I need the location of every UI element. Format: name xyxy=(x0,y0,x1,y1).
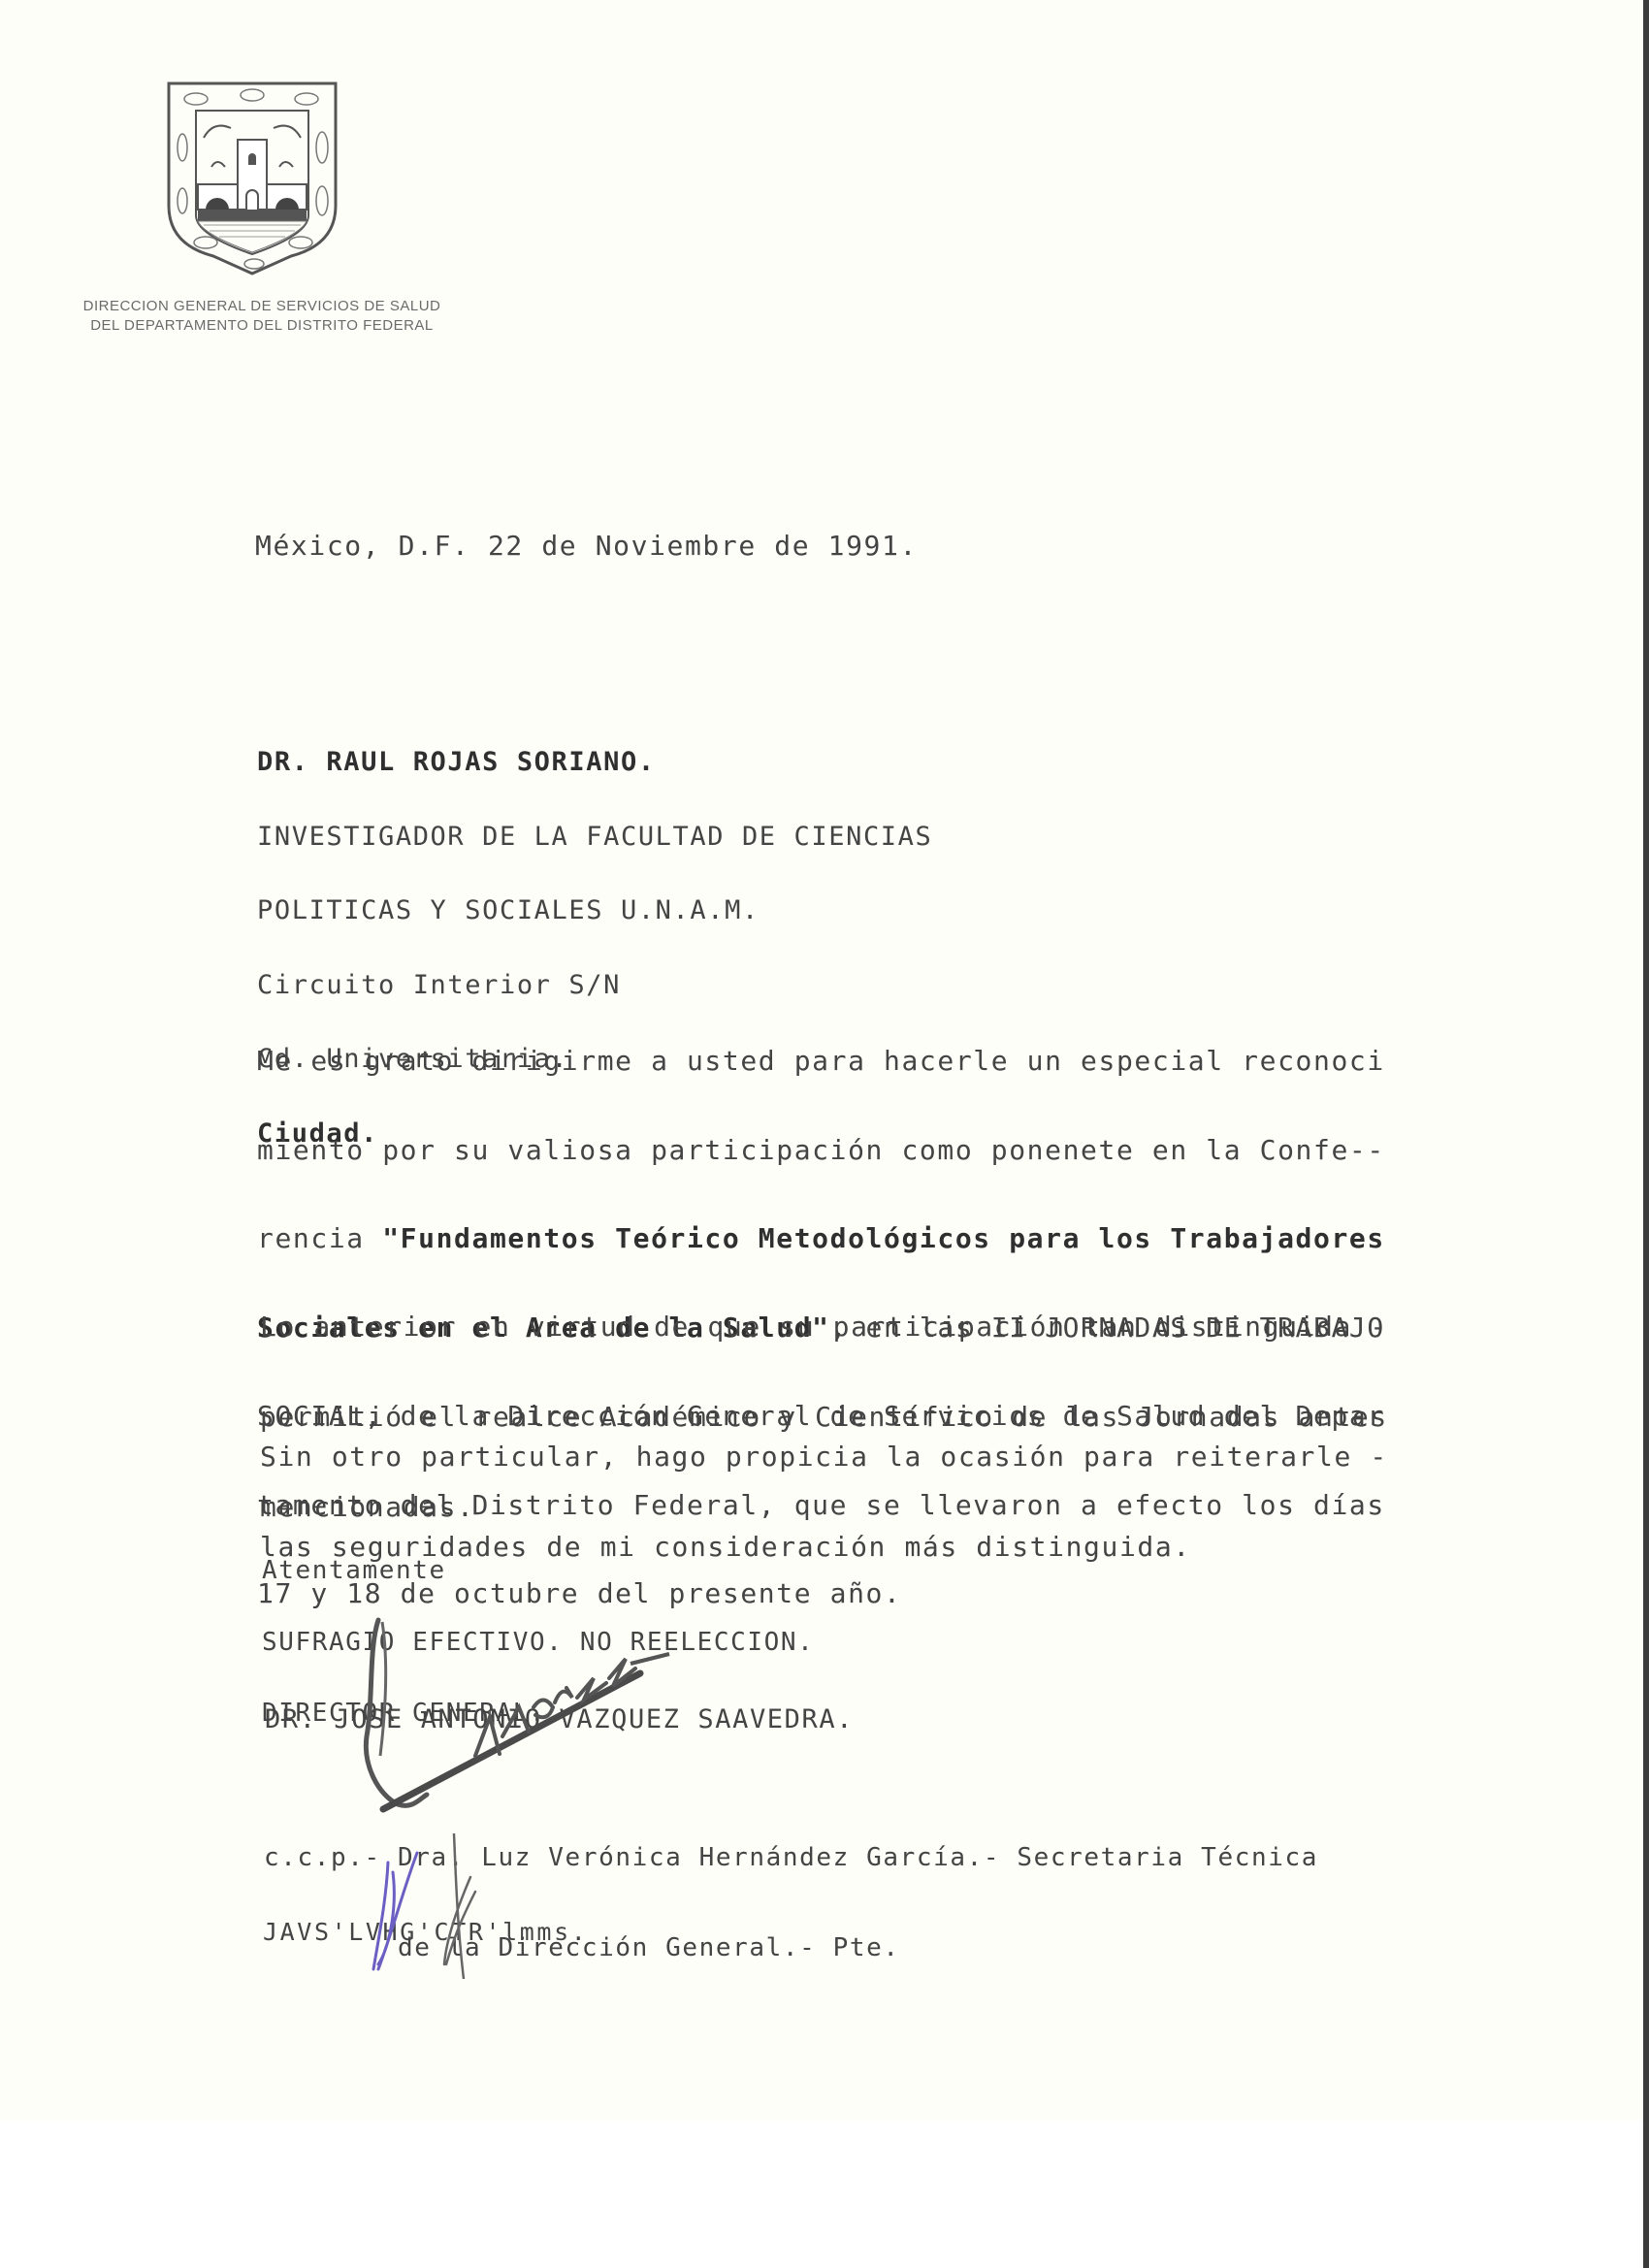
reference-initials: JAVS'LVHG'CTR'lmms. xyxy=(263,1917,588,1948)
recipient-name: DR. RAUL ROJAS SORIANO. xyxy=(257,750,932,775)
letterhead-organization: DIRECCION GENERAL DE SERVICIOS DE SALUD … xyxy=(58,297,466,336)
cc-line: c.c.p.- Dra. Luz Verónica Hernández Garc… xyxy=(264,1843,1318,1873)
carbon-copy: c.c.p.- Dra. Luz Verónica Hernández Garc… xyxy=(264,1783,1318,1993)
body-line: Sin otro particular, hago propicia la oc… xyxy=(260,1442,1388,1472)
motto: SUFRAGIO EFECTIVO. NO REELECCION. xyxy=(262,1631,814,1655)
body-line: rencia "Fundamentos Teórico Metodológico… xyxy=(257,1224,1385,1254)
recipient-line: INVESTIGADOR DE LA FACULTAD DE CIENCIAS xyxy=(257,825,932,850)
salutation: Atentamente xyxy=(262,1559,814,1583)
body-line: miento por su valiosa participación como… xyxy=(257,1136,1385,1166)
scan-bottom-margin xyxy=(0,2120,1643,2268)
org-line-1: DIRECCION GENERAL DE SERVICIOS DE SALUD xyxy=(58,297,466,316)
date-line: México, D.F. 22 de Noviembre de 1991. xyxy=(255,531,918,562)
signer-name: DR. JOSE ANTONIO VAZQUEZ SAAVEDRA. xyxy=(265,1704,854,1735)
body-line: Lo anterior en virtud de que su particip… xyxy=(260,1312,1388,1342)
org-line-2: DEL DEPARTAMENTO DEL DISTRITO FEDERAL xyxy=(58,316,466,336)
conference-title: "Fundamentos Teórico Metodológicos para … xyxy=(382,1222,1385,1254)
scan-edge-shadow xyxy=(1643,0,1649,2268)
recipient-line: POLITICAS Y SOCIALES U.N.A.M. xyxy=(257,898,932,923)
body-line: Me es grato dirigirme a usted para hacer… xyxy=(257,1047,1385,1077)
body-text: rencia xyxy=(257,1222,382,1254)
coat-of-arms-icon xyxy=(165,80,339,278)
